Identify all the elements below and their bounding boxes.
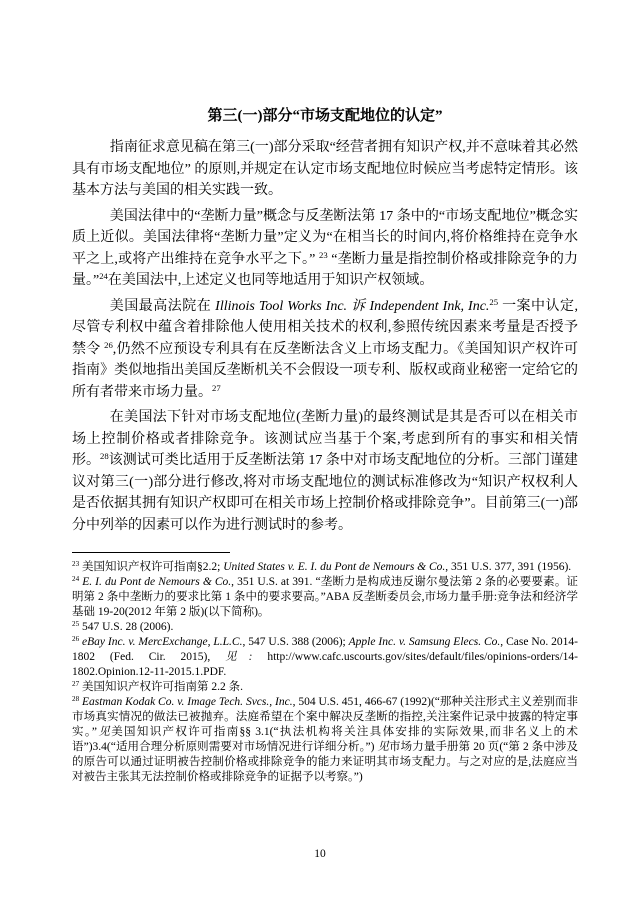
footnote-28: 28 Eastman Kodak Co. v. Image Tech. Svcs… xyxy=(72,695,578,785)
page-number: 10 xyxy=(0,847,640,861)
document-content: 第三(一)部分“市场支配地位的认定” 指南征求意见稿在第三(一)部分采取“经营者… xyxy=(0,0,640,785)
page-title: 第三(一)部分“市场支配地位的认定” xyxy=(72,106,578,126)
footnote-24: 24 E. I. du Pont de Nemours & Co., 351 U… xyxy=(72,575,578,620)
footnote-separator xyxy=(72,552,230,553)
footnotes-section: 23 美国知识产权许可指南§2.2; United States v. E. I… xyxy=(72,560,578,785)
document-body: 指南征求意见稿在第三(一)部分采取“经营者拥有知识产权,并不意味着其必然具有市场… xyxy=(72,137,578,536)
body-paragraph-2: 美国法律中的“垄断力量”概念与反垄断法第 17 条中的“市场支配地位”概念实质上… xyxy=(72,206,578,292)
body-paragraph-3: 美国最高法院在 Illinois Tool Works Inc. 诉 Indep… xyxy=(72,296,578,404)
body-paragraph-1: 指南征求意见稿在第三(一)部分采取“经营者拥有知识产权,并不意味着其必然具有市场… xyxy=(72,137,578,202)
footnote-23: 23 美国知识产权许可指南§2.2; United States v. E. I… xyxy=(72,560,578,575)
body-paragraph-4: 在美国法下针对市场支配地位(垄断力量)的最终测试是其是否可以在相关市场上控制价格… xyxy=(72,407,578,536)
document-page: 第三(一)部分“市场支配地位的认定” 指南征求意见稿在第三(一)部分采取“经营者… xyxy=(0,0,640,905)
footnote-25: 25 547 U.S. 28 (2006). xyxy=(72,620,578,635)
footnote-27: 27 美国知识产权许可指南第 2.2 条. xyxy=(72,680,578,695)
footnote-26: 26 eBay Inc. v. MercExchange, L.L.C., 54… xyxy=(72,635,578,680)
